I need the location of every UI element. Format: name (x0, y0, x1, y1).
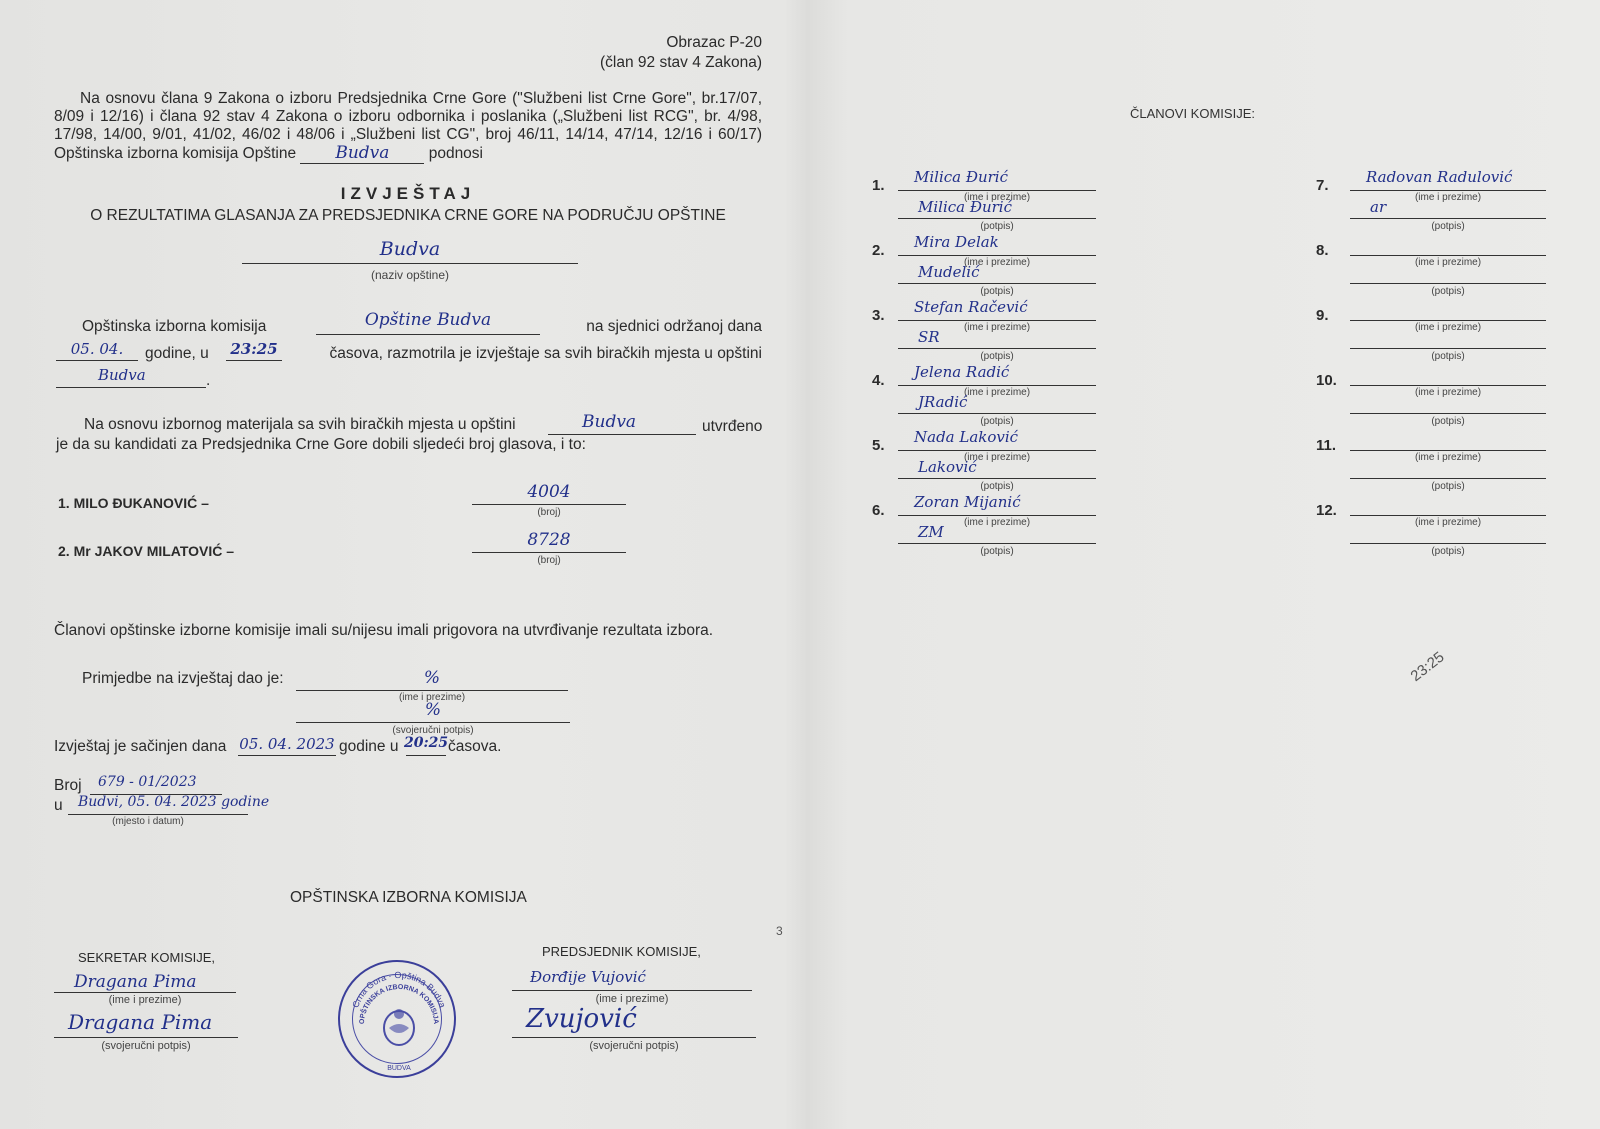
members-heading: ČLANOVI KOMISIJE: (1130, 106, 1255, 121)
reference-place-line (68, 814, 248, 815)
member-name-line (898, 450, 1096, 451)
member-signature-line (1350, 413, 1546, 414)
member-number: 5. (872, 437, 885, 454)
member-signature: ZM (918, 523, 944, 541)
session-time-value: 23:25 (226, 340, 282, 358)
objections-name-line (296, 690, 568, 691)
member-signature: SR (918, 328, 940, 346)
member-signature-caption: (potpis) (898, 416, 1096, 427)
preamble-suffix: podnosi (429, 145, 483, 162)
objections-signature-line (296, 722, 570, 723)
objections-signature-value: % (296, 700, 570, 720)
compiled-time-line (406, 755, 446, 756)
report-subtitle: O REZULTATIMA GLASANJA ZA PREDSJEDNIKA C… (54, 207, 762, 225)
member-signature-caption: (potpis) (1350, 481, 1546, 492)
municipality-name-line (242, 263, 578, 264)
member-name-value: Mira Delak (914, 233, 999, 251)
form-reference: (član 92 stav 4 Zakona) (540, 54, 762, 72)
member-name-line (898, 190, 1096, 191)
compiled-label: Izvještaj je sačinjen dana (54, 738, 226, 756)
member-name-line (898, 255, 1096, 256)
basis-text: Na osnovu izbornog materijala sa svih bi… (84, 416, 516, 434)
secretary-signature-line (54, 1037, 238, 1038)
candidate-votes-caption: (broj) (472, 555, 626, 566)
candidate-votes: 8728 (472, 530, 626, 550)
svg-text:BUDVA: BUDVA (387, 1065, 411, 1072)
president-signature: Zvujović (526, 1004, 637, 1034)
session-label-commission: Opštinska izborna komisija (82, 318, 266, 336)
member-name-caption: (ime i prezime) (1350, 452, 1546, 463)
member-name-line (1350, 515, 1546, 516)
candidate-votes: 4004 (472, 482, 626, 502)
municipality-name-caption: (naziv opštine) (242, 268, 578, 282)
compiled-date-value: 05. 04. 2023 (238, 735, 336, 753)
member-name-line (1350, 255, 1546, 256)
session-date-line (56, 360, 138, 361)
preamble-municipality-field: Budva (300, 144, 424, 164)
member-number: 11. (1316, 437, 1336, 454)
member-signature-caption: (potpis) (898, 221, 1096, 232)
member-name-value: Milica Đurić (914, 168, 1008, 186)
session-label-date: na sjednici održanoj dana (550, 318, 762, 336)
candidate-votes-caption: (broj) (472, 507, 626, 518)
member-name-caption: (ime i prezime) (1350, 387, 1546, 398)
member-signature-line (1350, 218, 1546, 219)
member-signature-caption: (potpis) (1350, 351, 1546, 362)
member-name-line (898, 515, 1096, 516)
member-signature-line (1350, 348, 1546, 349)
member-signature: ar (1370, 198, 1386, 216)
margin-time-note: 23:25 (1408, 648, 1448, 685)
member-number: 12. (1316, 502, 1337, 519)
session-date-value: 05. 04. (56, 340, 138, 358)
candidate-votes-line (472, 552, 626, 553)
member-signature-line (898, 283, 1096, 284)
commission-title: OPŠTINSKA IZBORNA KOMISIJA (290, 889, 527, 907)
report-title: IZVJEŠTAJ (54, 184, 762, 204)
objections-statement: Članovi opštinske izborne komisije imali… (54, 622, 713, 640)
president-name-value: Đorđije Vujović (530, 968, 646, 986)
secretary-name-value: Dragana Pima (74, 972, 197, 992)
member-signature-line (1350, 283, 1546, 284)
session-label-rest: časova, razmotrila je izvještaje sa svih… (287, 345, 762, 363)
basis-municipality-value: Budva (582, 412, 636, 432)
member-name-value: Stefan Račević (914, 298, 1028, 316)
member-name-value: Nada Laković (914, 428, 1018, 446)
member-signature-caption: (potpis) (1350, 546, 1546, 557)
member-signature: Mudelić (918, 263, 980, 281)
member-signature-caption: (potpis) (1350, 221, 1546, 232)
basis-suffix: utvrđeno (702, 418, 762, 436)
member-signature-line (1350, 543, 1546, 544)
member-signature-caption: (potpis) (898, 351, 1096, 362)
secretary-title: SEKRETAR KOMISIJE, (78, 950, 215, 965)
commission-field-value: Opštine Budva (316, 310, 540, 330)
stamp-emblem-icon: Crna Gora · Opština Budva OPŠTINSKA IZBO… (340, 962, 458, 1080)
member-signature-line (898, 478, 1096, 479)
member-signature: Laković (918, 458, 977, 476)
member-signature: Milica Đurić (918, 198, 1012, 216)
president-signature-line (512, 1037, 756, 1038)
objections-label: Primjedbe na izvještaj dao je: (82, 670, 284, 688)
session-time-line (226, 360, 282, 361)
reference-place-caption: (mjesto i datum) (78, 816, 218, 827)
reference-number-value: 679 - 01/2023 (98, 774, 197, 790)
candidate-name: 2. Mr JAKOV MILATOVIĆ – (58, 542, 234, 560)
member-name-line (1350, 320, 1546, 321)
member-signature-caption: (potpis) (1350, 416, 1546, 427)
secretary-name-line (54, 992, 236, 993)
member-name-line (898, 385, 1096, 386)
commission-field-line (316, 334, 540, 335)
reference-place-label: u (54, 797, 63, 815)
member-number: 10. (1316, 372, 1337, 389)
member-name-line (898, 320, 1096, 321)
session-municipality-line (56, 387, 206, 388)
member-number: 3. (872, 307, 885, 324)
member-number: 1. (872, 177, 885, 194)
president-name-line (512, 990, 752, 991)
session-period: . (206, 372, 210, 390)
member-name-line (1350, 385, 1546, 386)
member-name-value: Jelena Radić (914, 363, 1009, 381)
member-name-line (1350, 450, 1546, 451)
preamble: Na osnovu člana 9 Zakona o izboru Predsj… (54, 90, 762, 164)
member-name-caption: (ime i prezime) (1350, 322, 1546, 333)
member-name-value: Radovan Radulović (1366, 168, 1512, 186)
member-signature-line (898, 413, 1096, 414)
member-signature-caption: (potpis) (898, 546, 1096, 557)
reference-place-value: Budvi, 05. 04. 2023 godine (78, 794, 269, 810)
member-signature-caption: (potpis) (898, 286, 1096, 297)
objections-name-value: % (296, 668, 568, 688)
compiled-label-after: časova. (448, 738, 501, 756)
member-signature-line (898, 348, 1096, 349)
candidate-name: 1. MILO ĐUKANOVIĆ – (58, 494, 209, 512)
municipality-name-value: Budva (242, 238, 578, 260)
member-number: 9. (1316, 307, 1329, 324)
secretary-name-caption: (ime i prezime) (54, 994, 236, 1006)
basis-municipality-line (548, 434, 696, 435)
president-title: PREDSJEDNIK KOMISIJE, (542, 944, 701, 959)
compiled-date-line (238, 755, 336, 756)
member-number: 8. (1316, 242, 1329, 259)
secretary-signature-caption: (svojeručni potpis) (54, 1040, 238, 1052)
member-name-caption: (ime i prezime) (1350, 517, 1546, 528)
member-signature-line (1350, 478, 1546, 479)
form-code: Obrazac P-20 (560, 34, 762, 52)
reference-number-label: Broj (54, 777, 82, 795)
margin-mark: 3 (776, 924, 783, 938)
member-name-caption: (ime i prezime) (1350, 257, 1546, 268)
member-name-line (1350, 190, 1546, 191)
member-signature-caption: (potpis) (1350, 286, 1546, 297)
basis-line2: je da su kandidati za Predsjednika Crne … (56, 436, 586, 454)
member-signature: JRadić (918, 393, 967, 411)
member-number: 2. (872, 242, 885, 259)
member-number: 4. (872, 372, 885, 389)
secretary-signature: Dragana Pima (68, 1010, 212, 1034)
member-signature-line (898, 218, 1096, 219)
candidate-votes-line (472, 504, 626, 505)
member-signature-line (898, 543, 1096, 544)
official-stamp: Crna Gora · Opština Budva OPŠTINSKA IZBO… (338, 960, 456, 1078)
compiled-time-value: 20:25 (404, 735, 448, 751)
member-number: 7. (1316, 177, 1329, 194)
member-signature-caption: (potpis) (898, 481, 1096, 492)
session-municipality-value: Budva (98, 366, 146, 384)
member-number: 6. (872, 502, 885, 519)
session-label-year: godine, u (145, 345, 209, 363)
compiled-label-mid: godine u (339, 738, 398, 756)
president-signature-caption: (svojeručni potpis) (512, 1040, 756, 1052)
member-name-value: Zoran Mijanić (914, 493, 1021, 511)
